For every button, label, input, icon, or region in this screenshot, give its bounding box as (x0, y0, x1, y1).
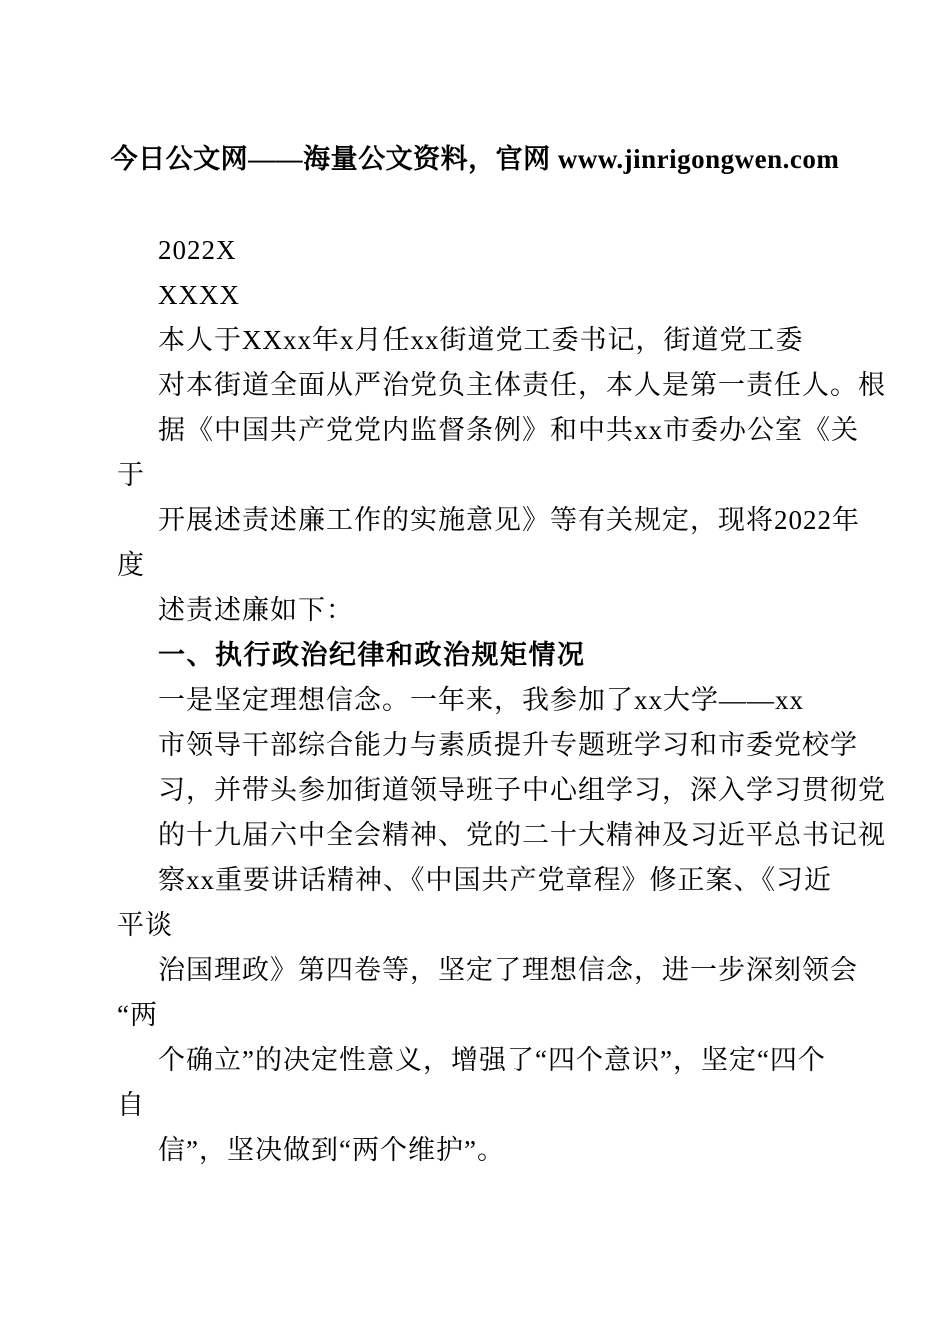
document-line-2: 本人于XXxx年x月任xx街道党工委书记，街道党工委 (0, 318, 950, 363)
document-line-7: 度 (0, 543, 950, 588)
document-line-17: “两 (0, 993, 950, 1038)
document-line-5: 于 (0, 453, 950, 498)
document-line-13: 的十九届六中全会精神、党的二十大精神及习近平总书记视 (0, 813, 950, 858)
document-line-14: 察xx重要讲话精神、《中国共产党章程》修正案、《习近 (0, 858, 950, 903)
document-line-10: 一是坚定理想信念。一年来，我参加了xx大学——xx (0, 678, 950, 723)
document-line-11: 市领导干部综合能力与素质提升专题班学习和市委党校学 (0, 723, 950, 768)
document-body: 2022XXXXX本人于XXxx年x月任xx街道党工委书记，街道党工委对本街道全… (0, 228, 950, 1173)
document-line-heading: 一、执行政治纪律和政治规矩情况 (0, 633, 950, 678)
document-line-4: 据《中国共产党党内监督条例》和中共xx市委办公室《关 (0, 408, 950, 453)
document-line-1: XXXX (0, 273, 950, 318)
document-line-0: 2022X (0, 228, 950, 273)
document-line-12: 习，并带头参加街道领导班子中心组学习，深入学习贯彻党 (0, 768, 950, 813)
document-line-15: 平谈 (0, 903, 950, 948)
document-line-3: 对本街道全面从严治党负主体责任，本人是第一责任人。根 (0, 363, 950, 408)
document-line-20: 信”，坚决做到“两个维护”。 (0, 1128, 950, 1173)
document-line-18: 个确立”的决定性意义，增强了“四个意识”，坚定“四个 (0, 1038, 950, 1083)
document-page: 今日公文网——海量公文资料，官网 www.jinrigongwen.com 20… (0, 0, 950, 1344)
document-line-16: 治国理政》第四卷等，坚定了理想信念，进一步深刻领会 (0, 948, 950, 993)
document-line-19: 自 (0, 1083, 950, 1128)
document-line-8: 述责述廉如下： (0, 588, 950, 633)
document-line-6: 开展述责述廉工作的实施意见》等有关规定，现将2022年 (0, 498, 950, 543)
site-watermark-header: 今日公文网——海量公文资料，官网 www.jinrigongwen.com (0, 142, 950, 176)
